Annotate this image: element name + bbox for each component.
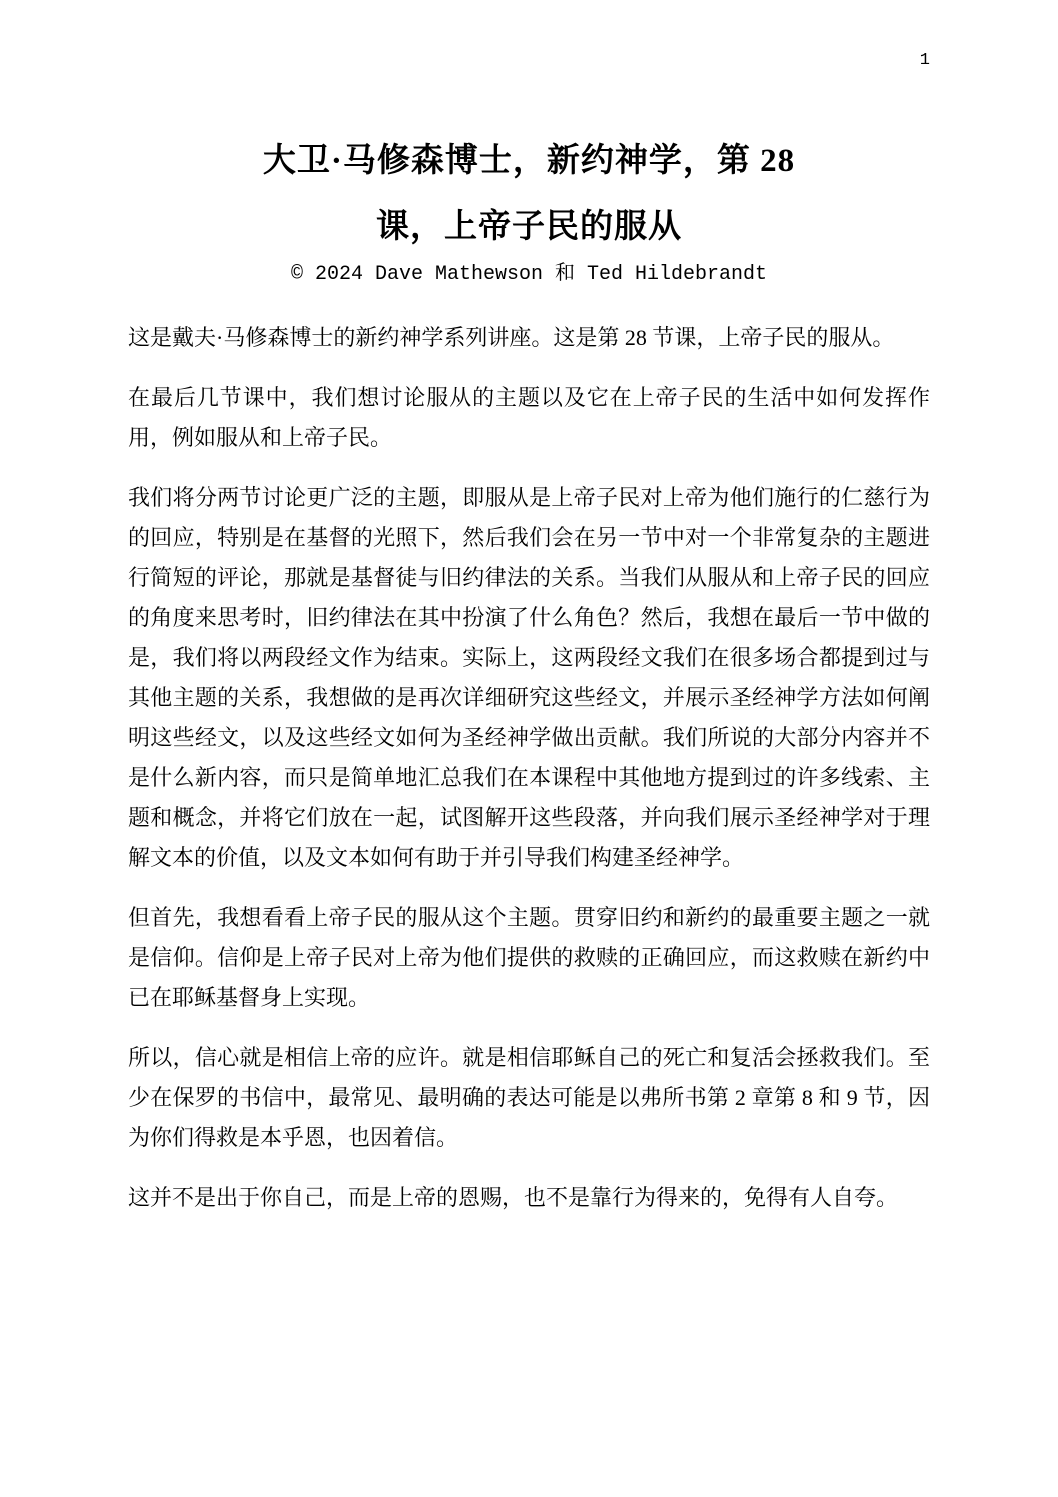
page-number: 1 [128,0,930,72]
document-body: 这是戴夫·马修森博士的新约神学系列讲座。这是第 28 节课，上帝子民的服从。 在… [128,318,930,1218]
body-paragraph-5: 所以，信心就是相信上帝的应许。就是相信耶稣自己的死亡和复活会拯救我们。至少在保罗… [128,1038,930,1158]
copyright-line: © 2024 Dave Mathewson 和 Ted Hildebrandt [128,262,930,288]
body-paragraph-2: 在最后几节课中，我们想讨论服从的主题以及它在上帝子民的生活中如何发挥作用，例如服… [128,378,930,458]
title-line-2: 课，上帝子民的服从 [128,194,930,260]
body-paragraph-3: 我们将分两节讨论更广泛的主题，即服从是上帝子民对上帝为他们施行的仁慈行为的回应，… [128,478,930,878]
body-paragraph-6: 这并不是出于你自己，而是上帝的恩赐，也不是靠行为得来的，免得有人自夸。 [128,1178,930,1218]
body-paragraph-4: 但首先，我想看看上帝子民的服从这个主题。贯穿旧约和新约的最重要主题之一就是信仰。… [128,898,930,1018]
title-line-1: 大卫·马修森博士，新约神学，第 28 [128,128,930,194]
body-paragraph-1: 这是戴夫·马修森博士的新约神学系列讲座。这是第 28 节课，上帝子民的服从。 [128,318,930,358]
document-page: 1 大卫·马修森博士，新约神学，第 28 课，上帝子民的服从 © 2024 Da… [0,0,1058,1497]
document-title: 大卫·马修森博士，新约神学，第 28 课，上帝子民的服从 [128,128,930,260]
